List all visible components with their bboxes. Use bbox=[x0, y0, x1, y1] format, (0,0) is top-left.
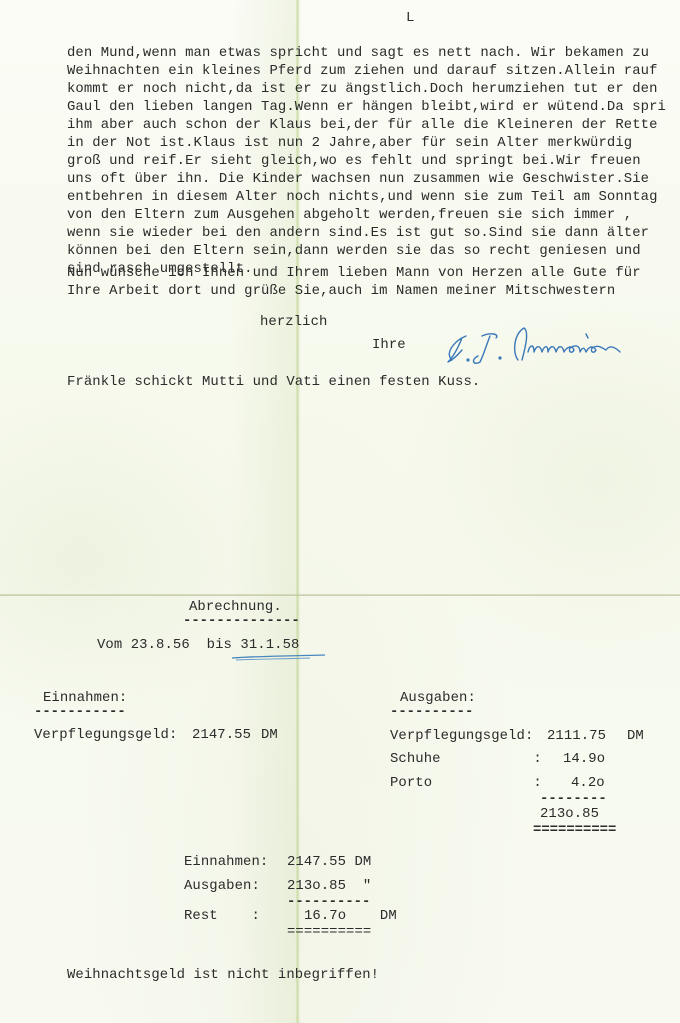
closing-line: Nun wünsche ich Ihnen und Ihrem lieben M… bbox=[67, 264, 641, 282]
accounting-title-rule: -------------- bbox=[183, 612, 300, 630]
letter-line: groß und reif.Er sieht gleich,wo es fehl… bbox=[67, 152, 666, 170]
income-item-label: Verpflegungsgeld: bbox=[34, 726, 177, 744]
handwritten-signature: S. J. Ammeier bbox=[438, 322, 680, 372]
closing-line: Ihre Arbeit dort und grüße Sie,auch im N… bbox=[67, 282, 615, 300]
letter-line: kommt er noch nicht,da ist er zu ängstli… bbox=[67, 80, 666, 98]
expense-total-rule: ========== bbox=[533, 821, 616, 839]
closing-herzlich: herzlich bbox=[260, 313, 328, 331]
letter-line: von den Eltern zum Ausgehen abgeholt wer… bbox=[67, 206, 666, 224]
postscript: Fränkle schickt Mutti und Vati einen fes… bbox=[67, 373, 480, 391]
income-item-amount: 2147.55 bbox=[192, 726, 251, 744]
expense-item-label: Schuhe : bbox=[390, 750, 542, 768]
letter-line: in der Not ist.Klaus ist nun 2 Jahre,abe… bbox=[67, 134, 666, 152]
letter-line: wenn sie wieder bei den andern sind.Es i… bbox=[67, 224, 666, 242]
income-heading-rule: ----------- bbox=[34, 703, 126, 721]
letter-line: Weihnachten ein kleines Pferd zum ziehen… bbox=[67, 62, 666, 80]
closing-ihre: Ihre bbox=[372, 336, 406, 354]
letter-line: den Mund,wenn man etwas spricht und sagt… bbox=[67, 44, 666, 62]
letter-line: uns oft über ihn. Die Kinder wachsen nun… bbox=[67, 170, 666, 188]
horizontal-fold-line bbox=[0, 594, 680, 596]
summary-income-label: Einnahmen: bbox=[184, 853, 268, 871]
expense-item-unit: DM bbox=[627, 727, 644, 745]
summary-double-rule: ========== bbox=[287, 923, 371, 941]
blue-pen-underline bbox=[230, 653, 330, 663]
summary-expense-label: Ausgaben: bbox=[184, 877, 260, 895]
letter-line: können bei den Eltern sein,dann werden s… bbox=[67, 242, 666, 260]
summary-rest-label: Rest : bbox=[184, 907, 260, 925]
expenses-heading-rule: ---------- bbox=[390, 703, 473, 721]
summary-income-value: 2147.55 DM bbox=[287, 853, 371, 871]
letter-line: Gaul den lieben langen Tag.Wenn er hänge… bbox=[67, 98, 666, 116]
income-item-unit: DM bbox=[261, 726, 278, 744]
letter-line: ihm aber auch schon der Klaus bei,der fü… bbox=[67, 116, 666, 134]
expense-item-label: Verpflegungsgeld: bbox=[390, 727, 533, 745]
footnote: Weihnachtsgeld ist nicht inbegriffen! bbox=[67, 966, 379, 984]
expense-item-amount: 2111.75 bbox=[547, 727, 606, 745]
letter-body: den Mund,wenn man etwas spricht und sagt… bbox=[67, 44, 666, 278]
page-marker: L bbox=[406, 10, 414, 26]
accounting-period: Vom 23.8.56 bis 31.1.58 bbox=[97, 636, 299, 654]
expense-item-label: Porto : bbox=[390, 774, 542, 792]
expense-item-amount: 14.9o bbox=[563, 750, 605, 768]
letter-line: entbehren in diesem Alter noch nichts,un… bbox=[67, 188, 666, 206]
